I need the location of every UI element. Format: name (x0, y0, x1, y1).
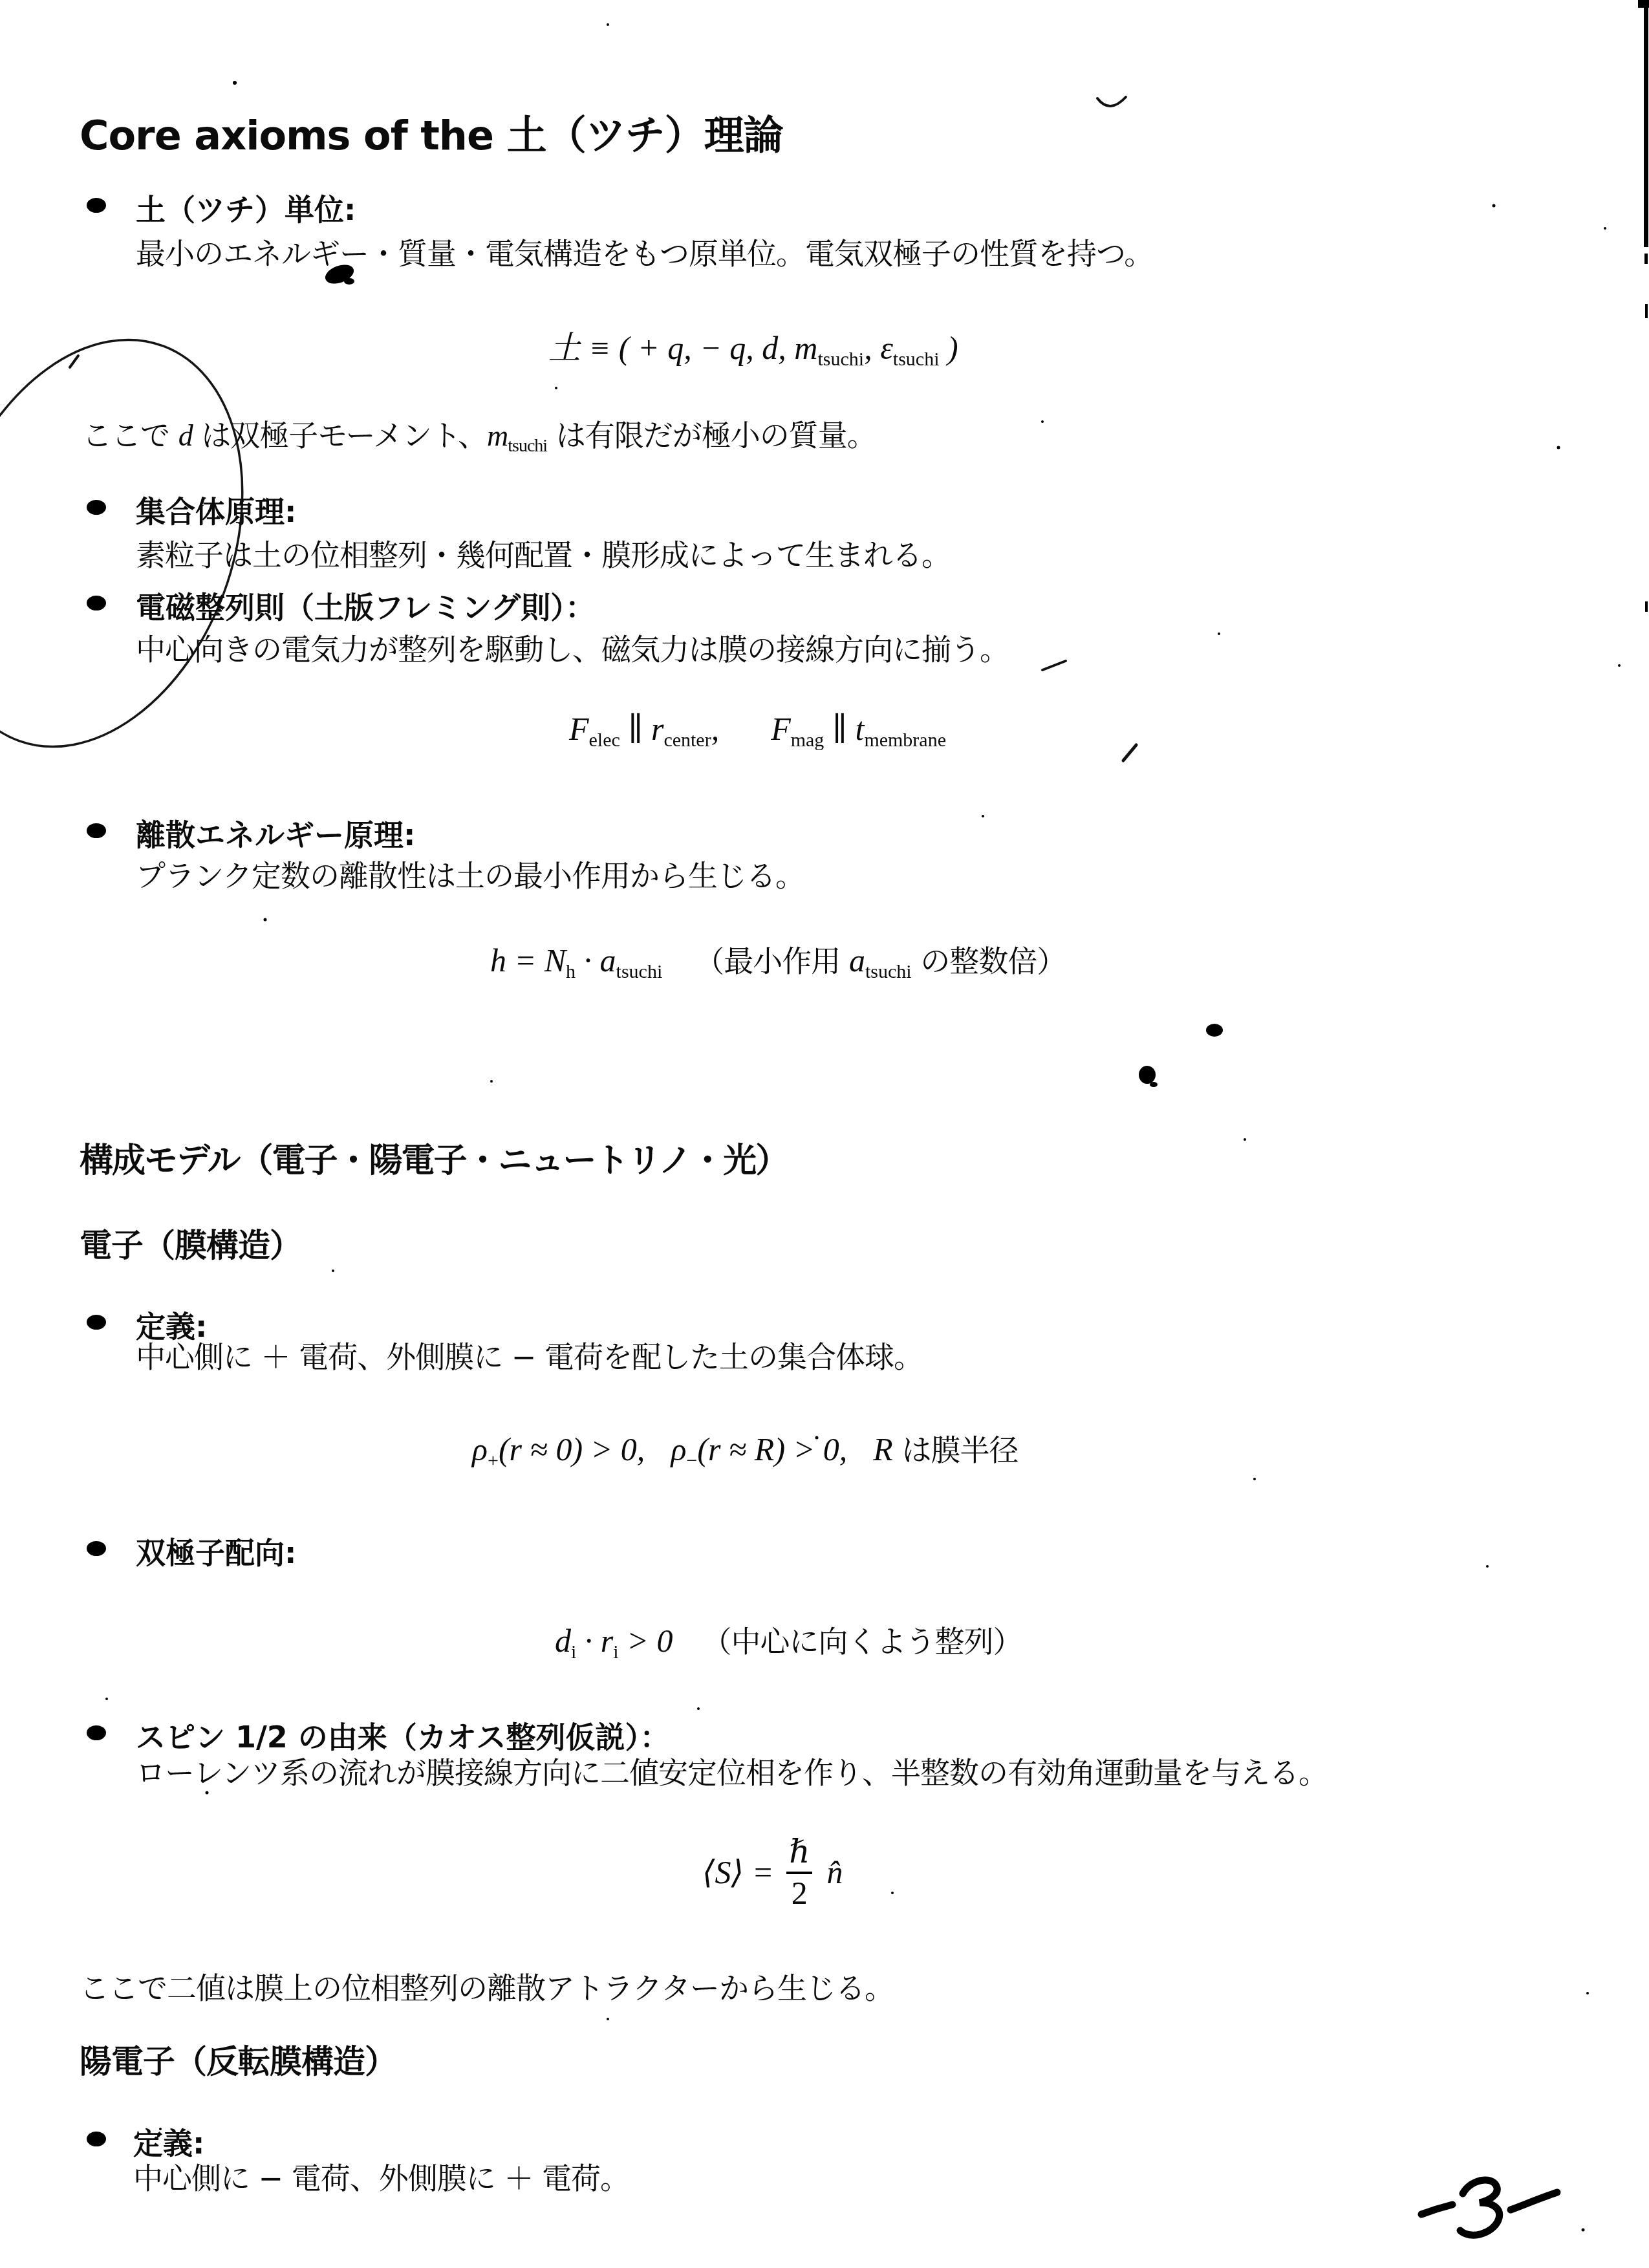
scan-edge-line (1638, 0, 1649, 612)
axiom-electromagnetic-body: 中心向きの電気力が整列を駆動し、磁気力は膜の接線方向に揃う。 (136, 626, 1009, 669)
pen-tick-mark (70, 356, 78, 367)
bullet-icon (87, 2132, 106, 2146)
axiom-electromagnetic-label: 電磁整列則（土版フレミング則）： (136, 584, 595, 627)
page-number: -3- (1420, 2173, 1513, 2236)
formula-force-alignment: Felec ∥ rcenter,Fmag ∥ tmembrane (569, 710, 946, 751)
formula-dipole-orientation: di · ri > 0（中心に向くよう整列） (555, 1618, 1022, 1663)
axiom-unit-label: 土（ツチ）単位: (136, 186, 356, 229)
formula-charge-density: ρ+(r ≈ 0) > 0,ρ−(r ≈ R) > 0,R は膜半径 (472, 1427, 1018, 1472)
axiom-discrete-body: プランク定数の離散性は土の最小作用から生じる。 (136, 852, 804, 895)
fraction-hbar-over-2: ℏ 2 (786, 1835, 812, 1909)
axiom-aggregate-label: 集合体原理: (136, 488, 296, 531)
scanned-page: Core axioms of the 土（ツチ）理論 土（ツチ）単位: 最小のエ… (0, 0, 1649, 2268)
electron-definition-body: 中心側に ＋ 電荷、外側膜に − 電荷を配した土の集合体球。 (136, 1334, 923, 1376)
positron-definition-body: 中心側に − 電荷、外側膜に ＋ 電荷。 (133, 2155, 629, 2198)
axiom-unit-body: 最小のエネルギー・質量・電気構造をもつ原単位。電気双極子の性質を持つ。 (136, 230, 1153, 273)
bullet-icon (87, 1541, 106, 1556)
formula-planck-quantization: h = Nh · atsuchi（最小作用 atsuchi の整数倍） (490, 938, 1066, 983)
bullet-icon (87, 823, 106, 838)
formula-spin-expectation: ⟨S⟩ = ℏ 2 n̂ (702, 1835, 843, 1909)
section-heading-composition-model: 構成モデル（電子・陽電子・ニュートリノ・光） (80, 1133, 788, 1182)
paragraph-binary-attractor: ここで二値は膜上の位相整列の離散アトラクターから生じる。 (80, 1965, 894, 2007)
bullet-icon (87, 1315, 106, 1330)
page-title: Core axioms of the 土（ツチ）理論 (80, 103, 783, 161)
spin-origin-body: ローレンツ系の流れが膜接線方向に二値安定位相を作り、半整数の有効角運動量を与える… (136, 1749, 1328, 1792)
bullet-icon (87, 1725, 106, 1740)
bullet-icon (87, 596, 106, 610)
pen-dash-marks (1042, 661, 1136, 761)
subheading-positron: 陽電子（反転膜構造） (80, 2036, 396, 2082)
pen-check-mark (1097, 97, 1126, 106)
paragraph-dipole-moment: ここで d は双極子モーメント、mtsuchi は有限だが極小の質量。 (82, 412, 876, 457)
bullet-icon (87, 198, 106, 213)
axiom-aggregate-body: 素粒子は土の位相整列・幾何配置・膜形成によって生まれる。 (136, 532, 951, 574)
dipole-orientation-label: 双極子配向: (136, 1529, 296, 1572)
formula-tsuchi-definition: 土 ≡ ( + q, − q, d, mtsuchi, εtsuchi ) (548, 322, 958, 371)
subheading-electron: 電子（膜構造） (80, 1220, 301, 1266)
bullet-icon (87, 500, 106, 515)
axiom-discrete-label: 離散エネルギー原理: (136, 812, 415, 854)
